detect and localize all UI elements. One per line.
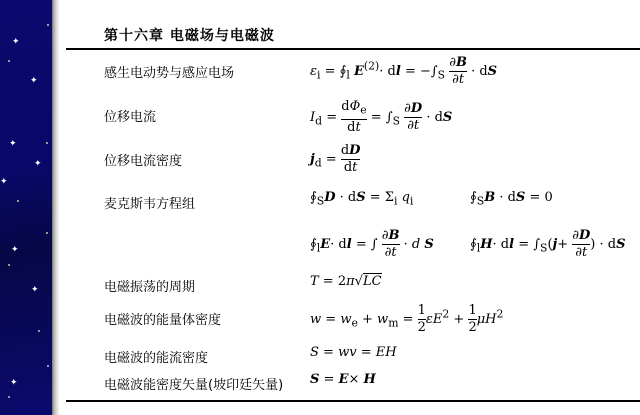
formula: w = we + wm = 12εE2 + 12μH2	[310, 303, 503, 336]
star-icon: ✦	[11, 246, 19, 255]
formula: ∮SD · dS = Σi qi	[310, 190, 413, 208]
formula: εi = ∮l E(2)· dl = −∫S ∂B∂t · dS	[310, 55, 497, 88]
formula: ∮lH· dl = ∫S(j+ ∂D∂t) · dS	[470, 228, 625, 261]
star-icon: ✦	[12, 38, 20, 47]
formula: ∮SB · dS = 0	[470, 190, 553, 208]
star-icon: ✦	[30, 77, 38, 86]
formula: S = E× H	[310, 372, 376, 387]
sidebar-edge	[52, 0, 60, 415]
row-label: 电磁振荡的周期	[104, 276, 195, 295]
row-label: 电磁波能密度矢量(坡印廷矢量)	[104, 374, 283, 393]
row-label: 位移电流密度	[104, 150, 182, 169]
formula: Id = dΦedt = ∫S ∂D∂t · dS	[310, 99, 452, 136]
starry-sidebar: ✦ ✦ ✦ ✦ ✦ ✦ ✦ ✦	[0, 0, 52, 415]
formula: S = wv = EH	[310, 345, 397, 360]
star-icon: ✦	[34, 160, 42, 169]
star-icon: ✦	[10, 379, 18, 388]
formula: ∮lE· dl = ∫ ∂B∂t · d S	[310, 228, 434, 261]
bottom-rule	[66, 400, 640, 402]
row-label: 位移电流	[104, 106, 156, 125]
row-label: 电磁波的能量体密度	[104, 309, 221, 328]
formula: jd = dDdt	[310, 143, 360, 176]
star-icon: ✦	[0, 178, 8, 187]
star-icon: ✦	[9, 140, 17, 149]
chapter-title: 第十六章 电磁场与电磁波	[104, 25, 275, 45]
top-rule	[66, 48, 640, 50]
formula: T = 2π√LC	[310, 274, 382, 289]
row-label: 感生电动势与感应电场	[104, 62, 234, 81]
row-label: 电磁波的能流密度	[104, 347, 208, 366]
row-label: 麦克斯韦方程组	[104, 193, 195, 212]
star-icon: ✦	[31, 286, 39, 295]
